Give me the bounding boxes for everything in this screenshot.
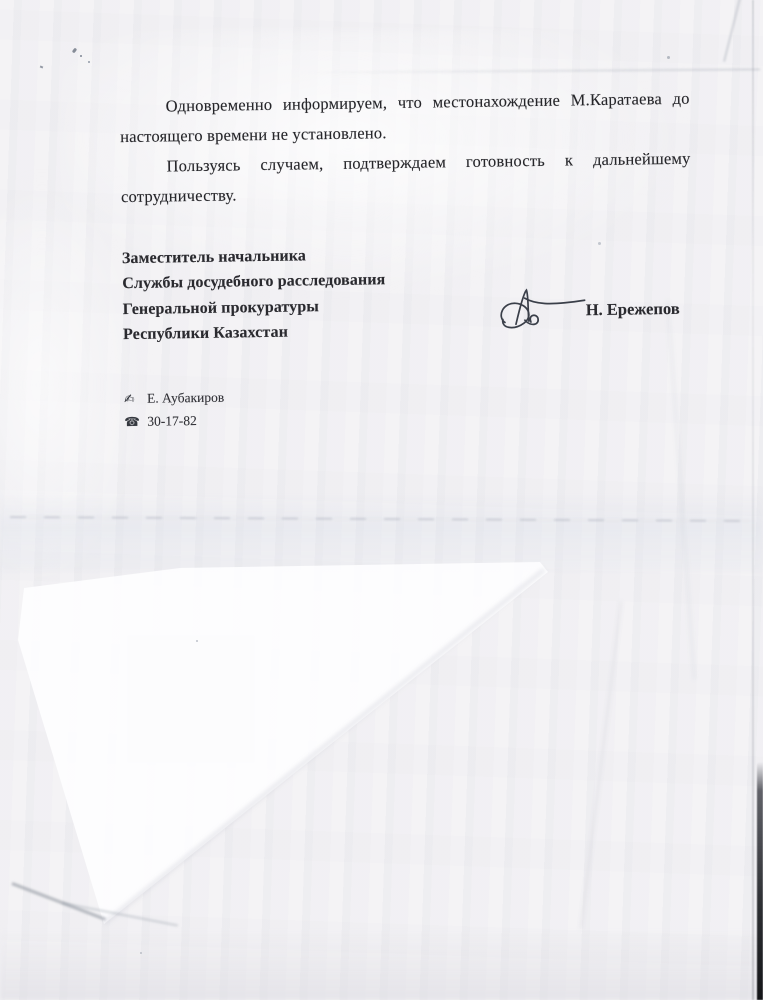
scanned-letter-page: Одновременно информируем, что местонахож… xyxy=(0,0,763,1000)
writing-hand-icon: ✍ xyxy=(124,387,147,410)
letter-body: Одновременно информируем, что местонахож… xyxy=(119,84,691,212)
letter-content: Одновременно информируем, что местонахож… xyxy=(0,0,763,1000)
executor-name: Е. Аубакиров xyxy=(147,386,225,410)
signer-title-block: Заместитель начальника Службы досудебног… xyxy=(122,240,553,348)
phone-row: ☎ 30-17-82 xyxy=(124,409,225,433)
telephone-icon: ☎ xyxy=(124,410,147,433)
executor-contact-block: ✍ Е. Аубакиров ☎ 30-17-82 xyxy=(124,386,225,433)
signer-name: Н. Ережепов xyxy=(586,299,680,320)
signature-ink xyxy=(494,283,591,340)
executor-row: ✍ Е. Аубакиров xyxy=(124,386,225,410)
phone-number: 30-17-82 xyxy=(147,409,197,433)
signer-title-line: Республики Казахстан xyxy=(123,316,553,348)
